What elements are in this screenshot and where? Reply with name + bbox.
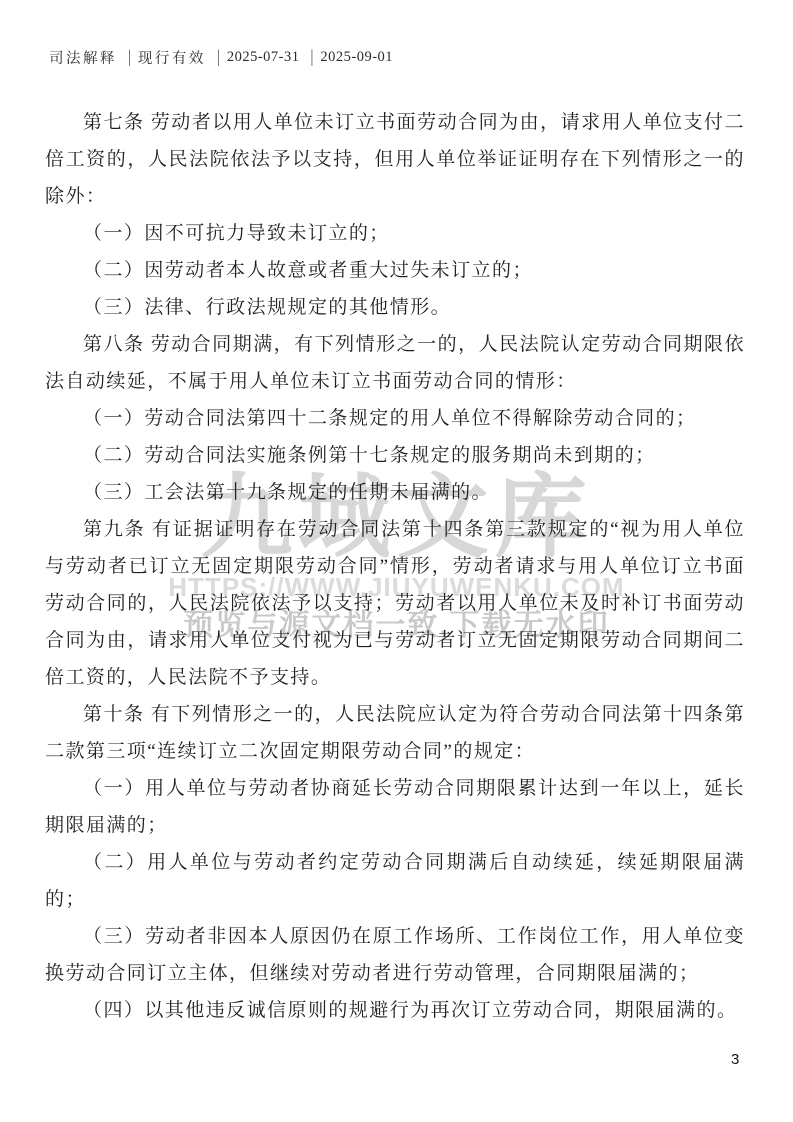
paragraph-article-7: 第七条 劳动者以用人单位未订立书面劳动合同为由，请求用人单位支付二倍工资的，人民… <box>45 104 745 215</box>
publish-date: 2025-07-31 <box>227 49 300 66</box>
paragraph-article-8-item-3: （三）工会法第十九条规定的任期未届满的。 <box>45 474 745 511</box>
paragraph-article-10: 第十条 有下列情形之一的，人民法院应认定为符合劳动合同法第十四条第二款第三项“连… <box>45 696 745 770</box>
paragraph-article-9: 第九条 有证据证明存在劳动合同法第十四条第三款规定的“视为用人单位与劳动者已订立… <box>45 511 745 696</box>
paragraph-article-7-item-1: （一）因不可抗力导致未订立的； <box>45 215 745 252</box>
separator-bar: | <box>310 47 313 68</box>
document-meta-header: 司法解释 | 现行有效 | 2025-07-31 | 2025-09-01 <box>49 47 393 68</box>
effective-date: 2025-09-01 <box>320 49 393 66</box>
document-page: 九域文库 HTTPS://WWW.JIUYUWENKU.COM 预览与源文档一致… <box>0 0 793 1122</box>
separator-bar: | <box>128 47 131 68</box>
status-label: 现行有效 <box>138 47 206 68</box>
paragraph-article-10-item-1: （一）用人单位与劳动者协商延长劳动合同期限累计达到一年以上，延长期限届满的； <box>45 770 745 844</box>
paragraph-article-8: 第八条 劳动合同期满，有下列情形之一的，人民法院认定劳动合同期限依法自动续延，不… <box>45 326 745 400</box>
paragraph-article-10-item-4: （四）以其他违反诚信原则的规避行为再次订立劳动合同，期限届满的。 <box>45 992 745 1029</box>
paragraph-article-8-item-2: （二）劳动合同法实施条例第十七条规定的服务期尚未到期的； <box>45 437 745 474</box>
doc-type-label: 司法解释 <box>49 47 117 68</box>
paragraph-article-8-item-1: （一）劳动合同法第四十二条规定的用人单位不得解除劳动合同的； <box>45 400 745 437</box>
paragraph-article-7-item-3: （三）法律、行政法规规定的其他情形。 <box>45 289 745 326</box>
paragraph-article-10-item-2: （二）用人单位与劳动者约定劳动合同期满后自动续延，续延期限届满的； <box>45 844 745 918</box>
separator-bar: | <box>217 47 220 68</box>
document-body: 第七条 劳动者以用人单位未订立书面劳动合同为由，请求用人单位支付二倍工资的，人民… <box>45 104 745 1029</box>
paragraph-article-7-item-2: （二）因劳动者本人故意或者重大过失未订立的； <box>45 252 745 289</box>
paragraph-article-10-item-3: （三）劳动者非因本人原因仍在原工作场所、工作岗位工作，用人单位变换劳动合同订立主… <box>45 918 745 992</box>
page-number: 3 <box>731 1051 739 1068</box>
